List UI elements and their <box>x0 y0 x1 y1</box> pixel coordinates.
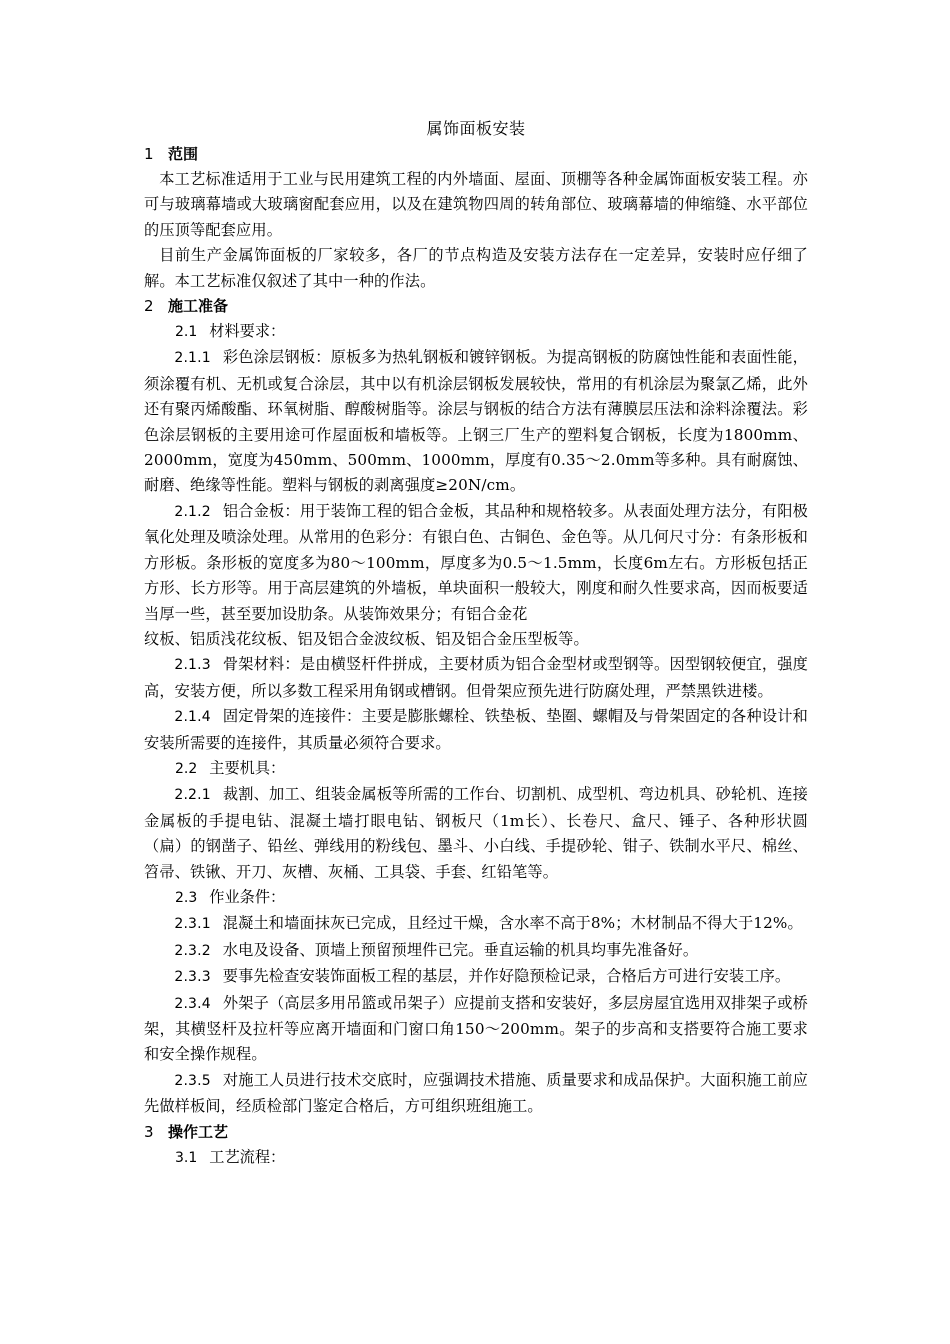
item-number: 2.3.4 <box>174 992 210 1017</box>
section-number: 1 <box>144 142 168 167</box>
item-number: 2.3.5 <box>174 1069 210 1094</box>
subsection-number: 2.3 <box>175 886 197 911</box>
item-text: 骨架材料：是由横竖杆件拼成，主要材质为铝合金型材或型钢等。因型钢较便宜，强度高，… <box>144 655 808 699</box>
item-2-3-1: 2.3.1混凝土和墙面抹灰已完成，且经过干燥，含水率不高于8%；木材制品不得大于… <box>144 911 808 937</box>
item-number: 2.2.1 <box>174 783 210 808</box>
item-number: 2.1.1 <box>174 346 210 371</box>
section-heading-text: 操作工艺 <box>168 1123 228 1141</box>
document-title: 属饰面板安装 <box>144 117 808 142</box>
item-2-3-4: 2.3.4外架子（高层多用吊篮或吊架子）应提前支搭和安装好，多层房屋宜选用双排架… <box>144 991 808 1068</box>
section-heading-text: 范围 <box>168 145 198 163</box>
item-text: 铝合金板：用于装饰工程的铝合金板，其品种和规格较多。从表面处理方法分，有阳极氧化… <box>144 502 808 623</box>
item-2-1-2: 2.1.2铝合金板：用于装饰工程的铝合金板，其品种和规格较多。从表面处理方法分，… <box>144 499 808 627</box>
subsection-heading-text: 主要机具： <box>209 759 285 777</box>
item-text: 混凝土和墙面抹灰已完成，且经过干燥，含水率不高于8%；木材制品不得大于12%。 <box>223 914 803 932</box>
item-2-3-3: 2.3.3要事先检查安装饰面板工程的基层，并作好隐预检记录，合格后方可进行安装工… <box>144 964 808 990</box>
item-number: 2.1.3 <box>174 653 210 678</box>
item-number: 2.3.2 <box>174 939 210 964</box>
item-2-1-4: 2.1.4固定骨架的连接件：主要是膨胀螺栓、铁垫板、垫圈、螺帽及与骨架固定的各种… <box>144 704 808 756</box>
item-text: 裁割、加工、组装金属板等所需的工作台、切割机、成型机、弯边机具、砂轮机、连接金属… <box>144 785 808 880</box>
item-2-1-2-continuation: 纹板、铝质浅花纹板、铝及铝合金波纹板、铝及铝合金压型板等。 <box>144 627 808 652</box>
subsection-3-1-heading: 3.1工艺流程： <box>144 1145 808 1171</box>
section-number: 3 <box>144 1120 168 1145</box>
item-text: 对施工人员进行技术交底时，应强调技术措施、质量要求和成品保护。大面积施工前应先做… <box>144 1071 808 1115</box>
subsection-heading-text: 作业条件： <box>209 888 285 906</box>
item-number: 2.3.1 <box>174 912 210 937</box>
item-text: 水电及设备、顶墙上预留预埋件已完。垂直运输的机具均事先准备好。 <box>223 941 698 959</box>
subsection-heading-text: 工艺流程： <box>209 1148 285 1166</box>
item-text: 彩色涂层钢板：原板多为热轧钢板和镀锌钢板。为提高钢板的防腐蚀性能和表面性能，须涂… <box>144 348 808 494</box>
section-1-heading: 1范围 <box>144 142 808 167</box>
subsection-heading-text: 材料要求： <box>209 322 285 340</box>
item-2-1-3: 2.1.3骨架材料：是由横竖杆件拼成，主要材质为铝合金型材或型钢等。因型钢较便宜… <box>144 652 808 704</box>
subsection-number: 2.2 <box>175 757 197 782</box>
section-number: 2 <box>144 294 168 319</box>
subsection-2-2-heading: 2.2主要机具： <box>144 756 808 782</box>
item-text: 要事先检查安装饰面板工程的基层，并作好隐预检记录，合格后方可进行安装工序。 <box>223 967 791 985</box>
section-2-heading: 2施工准备 <box>144 294 808 319</box>
item-number: 2.1.2 <box>174 500 210 525</box>
item-2-1-1: 2.1.1彩色涂层钢板：原板多为热轧钢板和镀锌钢板。为提高钢板的防腐蚀性能和表面… <box>144 345 808 498</box>
item-number: 2.3.3 <box>174 965 210 990</box>
document-page: 属饰面板安装 1范围 本工艺标准适用于工业与民用建筑工程的内外墙面、屋面、顶棚等… <box>144 117 808 1171</box>
section-3-heading: 3操作工艺 <box>144 1120 808 1145</box>
subsection-2-3-heading: 2.3作业条件： <box>144 885 808 911</box>
item-2-3-2: 2.3.2水电及设备、顶墙上预留预埋件已完。垂直运输的机具均事先准备好。 <box>144 938 808 964</box>
subsection-2-1-heading: 2.1材料要求： <box>144 319 808 345</box>
item-2-3-5: 2.3.5对施工人员进行技术交底时，应强调技术措施、质量要求和成品保护。大面积施… <box>144 1068 808 1120</box>
item-text: 外架子（高层多用吊篮或吊架子）应提前支搭和安装好，多层房屋宜选用双排架子或桥架，… <box>144 994 808 1064</box>
subsection-number: 2.1 <box>175 320 197 345</box>
item-number: 2.1.4 <box>174 705 210 730</box>
item-text: 固定骨架的连接件：主要是膨胀螺栓、铁垫板、垫圈、螺帽及与骨架固定的各种设计和安装… <box>144 707 808 751</box>
section-1-paragraph-2: 目前生产金属饰面板的厂家较多，各厂的节点构造及安装方法存在一定差异，安装时应仔细… <box>144 243 808 294</box>
section-1-paragraph-1: 本工艺标准适用于工业与民用建筑工程的内外墙面、屋面、顶棚等各种金属饰面板安装工程… <box>144 167 808 243</box>
section-heading-text: 施工准备 <box>168 297 228 315</box>
item-2-2-1: 2.2.1裁割、加工、组装金属板等所需的工作台、切割机、成型机、弯边机具、砂轮机… <box>144 782 808 885</box>
subsection-number: 3.1 <box>175 1146 197 1171</box>
